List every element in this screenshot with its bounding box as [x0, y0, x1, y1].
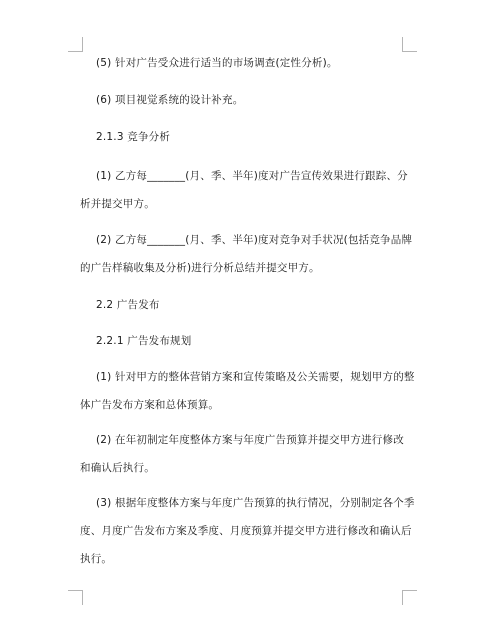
- publish-item-1-line-2: 体广告发布方案和总体预算。: [80, 398, 219, 412]
- margin-corner-mark-bottom-left: [68, 590, 83, 605]
- publish-item-1-line-1: (1) 针对甲方的整体营销方案和宣传策略及公关需要，规划甲方的整: [96, 370, 415, 384]
- competition-item-2-line-1: (2) 乙方每_______(月、季、半年)度对竞争对手状况(包括竞争品牌: [96, 233, 412, 247]
- margin-corner-mark-bottom-right: [402, 590, 417, 605]
- competition-item-2-line-2: 的广告样稿收集及分析)进行分析总结并提交甲方。: [80, 261, 320, 275]
- section-heading-2-1-3: 2.1.3 竞争分析: [96, 130, 170, 144]
- publish-item-2-line-2: 和确认后执行。: [80, 461, 155, 475]
- competition-item-1-line-2: 析并提交甲方。: [80, 197, 155, 211]
- list-item-6: (6) 项目视觉系统的设计补充。: [96, 93, 243, 107]
- publish-item-3-line-1: (3) 根据年度整体方案与年度广告预算的执行情况，分别制定各个季: [96, 496, 415, 510]
- publish-item-3-line-3: 执行。: [80, 552, 112, 566]
- section-heading-2-2: 2.2 广告发布: [96, 298, 160, 312]
- document-page: (5) 针对广告受众进行适当的市场调查(定性分析)。 (6) 项目视觉系统的设计…: [0, 0, 482, 643]
- list-item-5: (5) 针对广告受众进行适当的市场调查(定性分析)。: [96, 56, 338, 70]
- margin-corner-mark-top-left: [68, 37, 83, 52]
- margin-corner-mark-top-right: [402, 37, 417, 52]
- publish-item-2-line-1: (2) 在年初制定年度整体方案与年度广告预算并提交甲方进行修改: [96, 433, 404, 447]
- section-heading-2-2-1: 2.2.1 广告发布规划: [96, 334, 191, 348]
- competition-item-1-line-1: (1) 乙方每_______(月、季、半年)度对广告宣传效果进行跟踪、分: [96, 169, 408, 183]
- publish-item-3-line-2: 度、月度广告发布方案及季度、月度预算并提交甲方进行修改和确认后: [80, 524, 412, 538]
